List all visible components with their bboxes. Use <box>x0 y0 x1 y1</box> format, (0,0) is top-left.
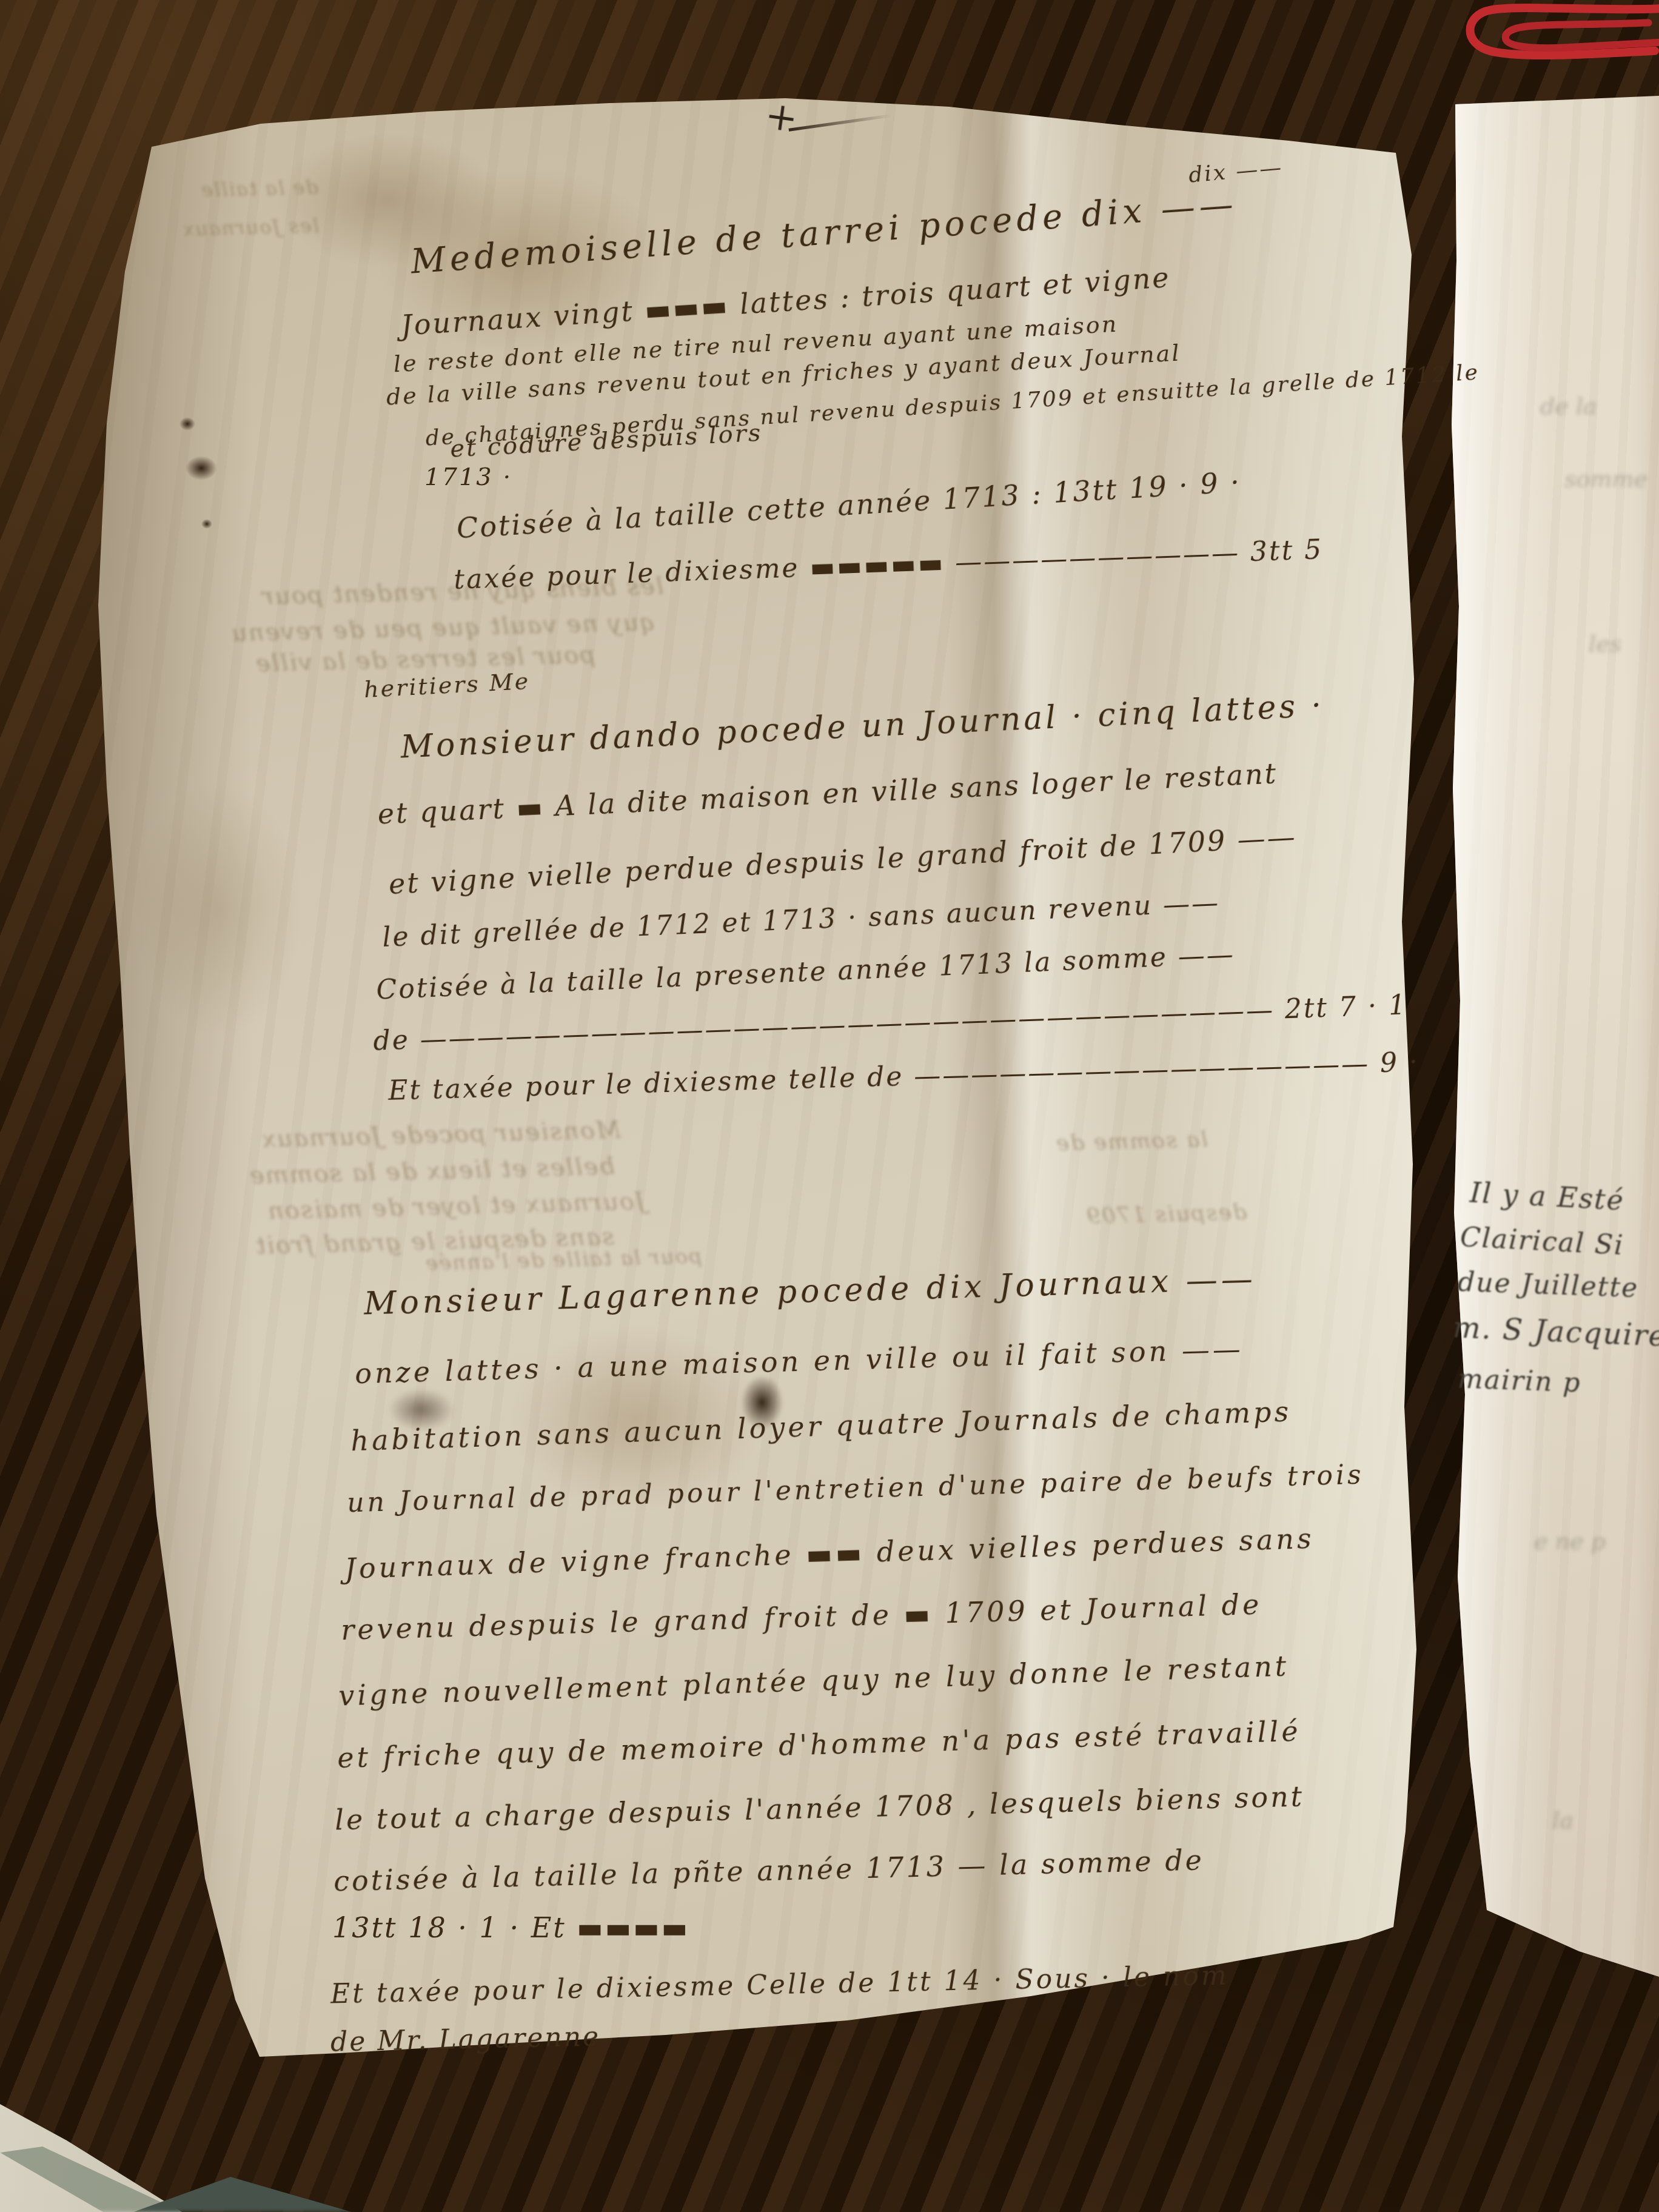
bleedthrough-line: les Journaux <box>182 214 320 241</box>
bleedthrough-line: despuis 1709 <box>1085 1200 1247 1229</box>
manuscript-line: de Mr. Lagarenne <box>330 2021 601 2057</box>
stain <box>388 1389 455 1431</box>
bleedthrough-line: la somme de <box>1055 1127 1208 1156</box>
ink-blot <box>179 417 195 431</box>
bleedthrough-line: les <box>1589 631 1621 657</box>
bleedthrough-line: la <box>1552 1807 1574 1834</box>
photo-of-manuscript: { "colors": { "table_wood": "#2e1c0c", "… <box>0 0 1659 2212</box>
ink-blot <box>201 519 212 529</box>
manuscript-line: mairin p <box>1457 1363 1581 1398</box>
bleedthrough-line: de la <box>1540 393 1597 420</box>
ink-blot <box>186 456 217 480</box>
cross-mark: + <box>762 93 800 142</box>
manuscript-line: 1713 · <box>424 463 512 491</box>
bleedthrough-line: e ne p <box>1534 1528 1606 1555</box>
manuscript-line: due Juillette <box>1457 1267 1639 1304</box>
bleedthrough-line: somme <box>1564 466 1647 492</box>
ink-blot <box>741 1375 783 1430</box>
floor-patch-dark <box>133 2159 388 2212</box>
manuscript-line-tax-amount: 13tt 18 · 1 · Et ▬▬▬▬ <box>332 1911 689 1944</box>
paperclip-icon <box>1447 0 1659 78</box>
bleedthrough-line: de la taille <box>200 175 319 201</box>
